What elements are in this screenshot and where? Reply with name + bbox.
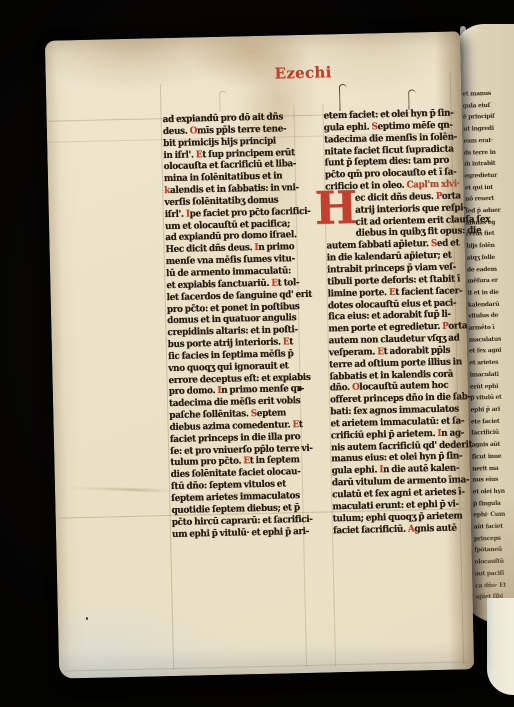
text-segment: diebus in quibʒ fit opus: die bbox=[356, 225, 482, 239]
text-segment: n die autē kalen- bbox=[383, 463, 459, 476]
photo-backdrop: et manusgula eiuſē principiſut ingrediea… bbox=[0, 0, 514, 707]
text-segment: gula ephi. bbox=[332, 465, 380, 477]
text-segment: pro domo. bbox=[169, 385, 218, 397]
text-segment: alendis et in ſabbatis: in vni- bbox=[170, 182, 299, 196]
text-segment: t tol- bbox=[278, 277, 300, 288]
manuscript-page: Ezechi ad expiandū pro dō ait dñsdeus. O… bbox=[45, 31, 474, 678]
text-segment: orta bbox=[448, 320, 467, 331]
text-segment: t adorabit pp̄ls bbox=[384, 345, 451, 358]
text-segment: in iſrl'. bbox=[163, 149, 196, 161]
text-segment: t in ſeptem bbox=[250, 455, 300, 467]
ascender-stroke bbox=[339, 84, 348, 111]
ink-speck bbox=[299, 387, 302, 391]
ascender-stroke bbox=[408, 89, 416, 109]
text-segment: iſrl'. bbox=[165, 208, 186, 219]
text-segment: n ag- bbox=[441, 427, 464, 439]
rubricated-segment: Capl'm xlvi· bbox=[406, 178, 459, 190]
text-segment: t facient ſacer- bbox=[395, 285, 462, 298]
text-segment: um ephi p̄ vitulū· et ephi p̄ ari- bbox=[172, 525, 309, 539]
text-segment: gnis autē bbox=[414, 522, 457, 534]
text-segment: deus. bbox=[163, 125, 190, 137]
text-segment: gula ephi. bbox=[324, 121, 372, 133]
text-segment: t bbox=[299, 419, 303, 430]
text-line: um ephi p̄ vitulū· et ephi p̄ ari- bbox=[172, 526, 305, 541]
text-segment: Hec dicit dñs deus. bbox=[165, 242, 254, 255]
text-segment: ec dicit dñs deus. bbox=[355, 191, 436, 204]
ruling-line bbox=[65, 661, 467, 671]
text-segment: mīs pp̄ls terre tene- bbox=[197, 123, 286, 136]
text-segment: pe faciet pro pc̄to ſacrifici- bbox=[190, 206, 311, 220]
running-title: Ezechi bbox=[274, 64, 331, 81]
text-segment: t ſup principem erūt bbox=[202, 147, 295, 160]
text-column-right: etem faciet: et olei hyn p̄ ſin-gula eph… bbox=[323, 108, 462, 537]
text-line: faciet ſacrificiū. Agnis autē bbox=[333, 522, 462, 537]
text-segment: n primo bbox=[258, 241, 294, 253]
text-segment: ed et bbox=[437, 238, 460, 250]
text-segment: faciet ſacrificiū. bbox=[333, 523, 408, 536]
text-segment: tulum pro pc̄to. bbox=[170, 456, 243, 469]
chapter-initial: H bbox=[314, 185, 358, 232]
text-segment: limine porte. bbox=[327, 287, 389, 299]
text-segment: eptimo mēſe qn- bbox=[377, 119, 452, 132]
ghost-ascender-stroke bbox=[219, 91, 227, 112]
ink-speck bbox=[86, 617, 88, 620]
text-segment: eptem bbox=[257, 408, 286, 420]
text-segment: t bbox=[289, 336, 293, 347]
text-segment: n primo menſe qr- bbox=[221, 383, 304, 396]
page-corner-under bbox=[487, 598, 514, 695]
text-column-left: ad expiandū pro dō ait dñsdeus. Omīs pp̄… bbox=[163, 111, 306, 540]
text-segment: dño. bbox=[330, 382, 352, 394]
text-segment: veſperam. bbox=[329, 346, 378, 358]
text-segment: paſche ſollēnitas. bbox=[169, 408, 251, 421]
text-segment: orta bbox=[442, 190, 461, 201]
